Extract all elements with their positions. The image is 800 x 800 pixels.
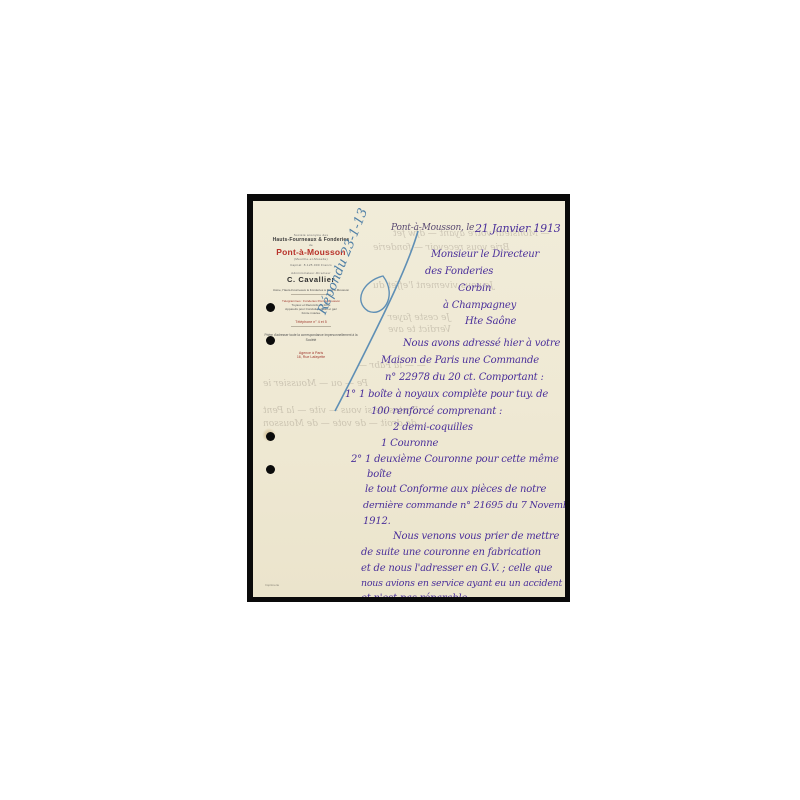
body-line: n° 22978 du 20 ct. Comportant : — [385, 372, 544, 383]
body-line: 2° 1 deuxième Couronne pour cette même — [351, 454, 559, 465]
punch-hole — [266, 465, 275, 474]
body-line: et n'est pas réparable. — [361, 593, 470, 597]
body-line: Nous venons vous prier de mettre — [393, 531, 559, 542]
printer-mark: Imprimerie — [265, 583, 279, 587]
recipient-line: Corbin — [458, 283, 491, 294]
body-line: nous avions en service ayant eu un accid… — [361, 578, 562, 589]
body-line: de suite une couronne en fabrication — [361, 547, 541, 558]
recipient-line: des Fonderies — [425, 266, 493, 277]
body-line: le tout Conforme aux pièces de notre — [365, 484, 546, 495]
body-line: 1912. — [363, 516, 391, 527]
letter-date: 21 Janvier 1913 — [475, 222, 561, 235]
recipient-line: Hte Saône — [465, 316, 516, 327]
body-line: boîte — [367, 469, 392, 480]
recipient-line: Monsieur le Directeur — [431, 249, 539, 260]
body-line: 1° 1 boîte à noyaux complète pour tuy. d… — [345, 389, 548, 400]
body-line: 2 demi-coquilles — [393, 422, 473, 433]
place-label: Pont-à-Mousson, le — [391, 223, 474, 233]
body-line: dernière commande n° 21695 du 7 Novembre — [363, 500, 565, 511]
body-line: et de nous l'adresser en G.V. ; celle qu… — [361, 563, 552, 574]
letter-page: — Monsieur votre ayant — dfw fet Brie vo… — [253, 201, 565, 597]
body-line: Nous avons adressé hier à votre — [403, 338, 560, 349]
body-line: Maison de Paris une Commande — [381, 355, 539, 366]
body-line: 1 Couronne — [381, 438, 438, 449]
body-line: 100 renforcé comprenant : — [371, 406, 502, 417]
punch-hole — [266, 432, 275, 441]
recipient-line: à Champagney — [443, 300, 516, 311]
